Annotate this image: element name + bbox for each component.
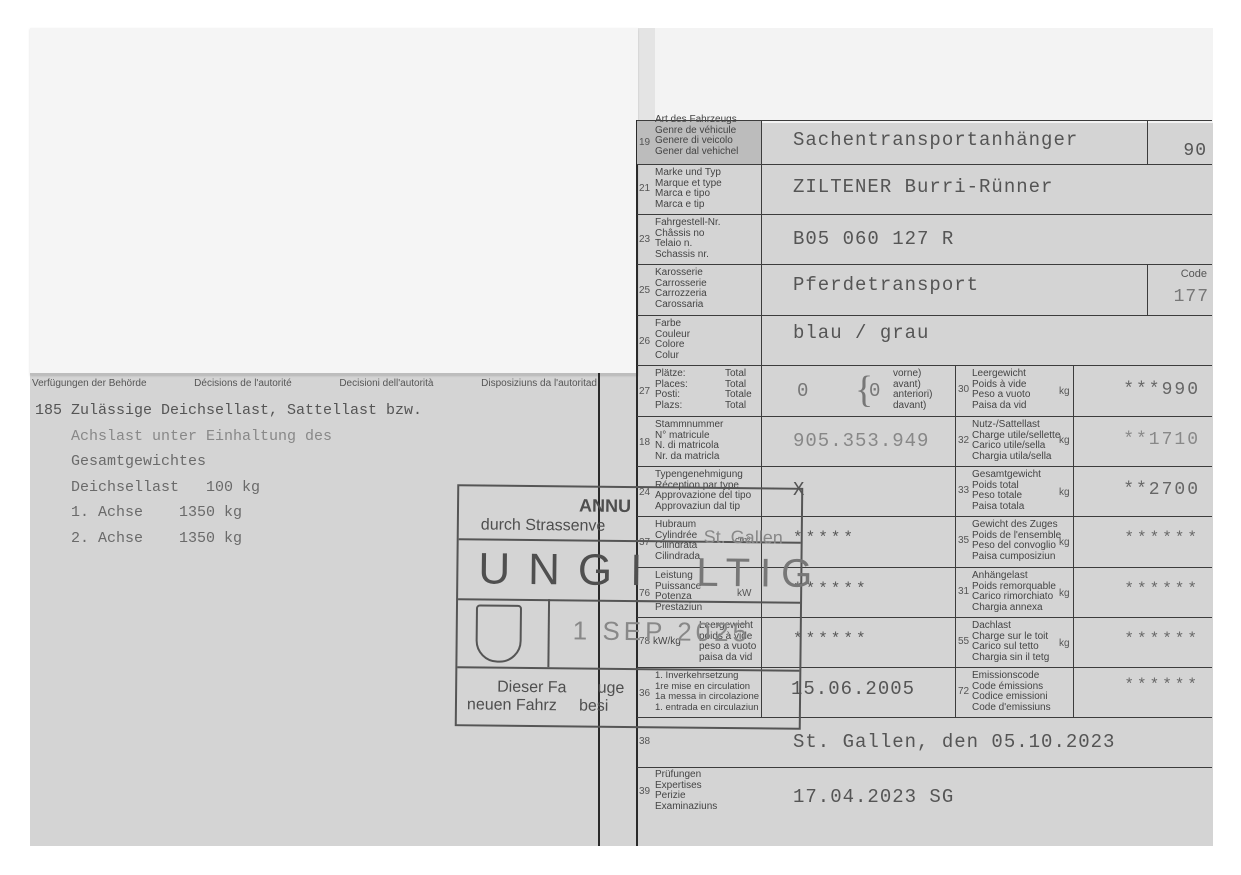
field-number: 78 (639, 636, 650, 647)
field-value: St. Gallen, den 05.10.2023 (793, 731, 1115, 753)
authority-header: Verfügungen der Behörde Décisions de l'a… (32, 378, 597, 389)
field-value: ****** (1124, 676, 1200, 694)
vehicle-type-code: 90 (1183, 141, 1207, 161)
authority-header-fr: Décisions de l'autorité (194, 378, 292, 389)
field-value: ****** (793, 630, 869, 648)
field-76-power-and-31-towing-load: 76 Leistung Puissance Potenza Prestaziun… (637, 568, 1212, 618)
divider (1073, 366, 1074, 416)
divider (955, 568, 956, 617)
field-37-displacement-and-35-train-weight: 37 Hubraum Cylindrée Cilindrata Cilindra… (637, 517, 1212, 568)
field-value: 17.04.2023 SG (793, 786, 954, 808)
field-label: Hubraum Cylindrée Cilindrata Cilindrada (655, 520, 700, 562)
field-number: 37 (639, 537, 650, 548)
field-21-make-model: 21 Marke und Typ Marque et type Marca e … (637, 164, 1212, 215)
unit: kg (1059, 638, 1070, 649)
field-number: 26 (639, 336, 650, 347)
field-value: Pferdetransport (793, 274, 979, 296)
authority-line: 1. Achse 1350 kg (35, 500, 422, 526)
field-78-power-weight-and-55-roof-load: 78 kW/kg Leergewicht poids à vide peso a… (637, 618, 1212, 668)
field-label: Nutz-/Sattellast Charge utile/sellette C… (972, 420, 1060, 462)
divider (955, 517, 956, 567)
unit: cm³ (735, 535, 750, 545)
front-label: vorne) avant) anteriori) davant) (893, 369, 932, 411)
field-label: Farbe Couleur Colore Colur (655, 319, 690, 361)
field-label: Gewicht des Zuges Poids de l'ensemble Pe… (972, 520, 1061, 562)
field-label: Gesamtgewicht Poids total Peso totale Pa… (972, 470, 1041, 512)
field-number: 72 (958, 686, 969, 697)
field-36-first-registration-and-72-emission-code: 36 1. Inverkehrsetzung 1re mise en circu… (637, 668, 1212, 718)
field-number: 25 (639, 285, 650, 296)
unit: kg (1059, 435, 1070, 446)
authority-line: Achslast unter Einhaltung des (35, 424, 422, 450)
field-value: ****** (1124, 529, 1200, 547)
divider (1073, 467, 1074, 516)
field-label: Leergewicht Poids à vide Peso a vuoto Pa… (972, 369, 1030, 411)
body-code: 177 (1174, 287, 1209, 307)
field-value: blau / grau (793, 322, 929, 344)
field-27-seats-and-30-empty-weight: 27 Plätze: Places: Posti: Plazs: Total T… (637, 366, 1212, 417)
field-label: Plätze: Places: Posti: Plazs: (655, 369, 688, 411)
divider (955, 618, 956, 667)
divider (1073, 517, 1074, 567)
authority-line: 2. Achse 1350 kg (35, 526, 422, 552)
field-number: 32 (958, 435, 969, 446)
authority-header-rm: Disposiziuns da l'autoritad (481, 378, 597, 389)
field-value: ZILTENER Burri-Rünner (793, 176, 1053, 198)
field-value: B05 060 127 R (793, 228, 954, 250)
divider (1073, 618, 1074, 667)
divider (955, 366, 956, 416)
unit: kg (1059, 588, 1070, 599)
field-label: Prüfungen Expertises Perizie Examinaziun… (655, 770, 717, 812)
divider (955, 668, 956, 717)
field-label: kW/kg (653, 636, 681, 647)
field-18-id-and-32-payload: 18 Stammnummer N° matricule N. di matric… (637, 417, 1212, 467)
field-23-chassis-number: 23 Fahrgestell-Nr. Châssis no Telaio n. … (637, 215, 1212, 265)
field-value: ****** (1124, 580, 1200, 598)
field-value: ****** (1124, 630, 1200, 648)
field-number: 76 (639, 588, 650, 599)
divider (1073, 417, 1074, 466)
field-number: 33 (958, 485, 969, 496)
divider (955, 467, 956, 516)
unit: kW (737, 588, 751, 599)
authority-header-de: Verfügungen der Behörde (32, 378, 147, 389)
field-number: 23 (639, 234, 650, 245)
field-38-place-and-date: 38 St. Gallen, den 05.10.2023 (637, 718, 1212, 768)
field-39-inspections: 39 Prüfungen Expertises Perizie Examinaz… (637, 768, 1212, 846)
field-number: 31 (958, 586, 969, 597)
field-label: Typengenehmigung Réception par type Appr… (655, 470, 751, 512)
unit: kg (1059, 386, 1070, 397)
field-label: 1. Inverkehrsetzung 1re mise en circulat… (655, 671, 759, 713)
field-label: Leistung Puissance Potenza Prestaziun (655, 571, 702, 613)
field-label: Art des Fahrzeugs Genre de véhicule Gene… (655, 115, 738, 157)
field-label-total: Total Total Totale Total (725, 369, 752, 411)
field-number: 24 (639, 487, 650, 498)
field-label: Dachlast Charge sur le toit Carico sul t… (972, 621, 1049, 663)
field-sublabel: Leergewicht poids à vide peso a vuoto pa… (699, 621, 756, 663)
field-value: X (793, 479, 805, 501)
field-number: 36 (639, 688, 650, 699)
field-number: 21 (639, 183, 650, 194)
field-26-color: 26 Farbe Couleur Colore Colur blau / gra… (637, 316, 1212, 366)
fold-line-left (598, 373, 600, 846)
field-24-type-approval-and-33-total-weight: 24 Typengenehmigung Réception par type A… (637, 467, 1212, 517)
field-label: Stammnummer N° matricule N. di matricola… (655, 420, 723, 462)
unit: kg (1059, 487, 1070, 498)
field-19-vehicle-type: 19 Art des Fahrzeugs Genre de véhicule G… (637, 120, 1212, 165)
field-value: 15.06.2005 (791, 678, 915, 700)
unit: kg (1059, 537, 1070, 548)
field-label: Emissionscode Code émissions Codice emis… (972, 671, 1051, 713)
field-25-body-type: 25 Karosserie Carrosserie Carrozzeria Ca… (637, 265, 1212, 316)
authority-line: Deichsellast 100 kg (35, 475, 422, 501)
authority-decisions-text: 185 Zulässige Deichsellast, Sattellast b… (35, 398, 422, 551)
field-value: 905.353.949 (793, 430, 929, 452)
field-number: 55 (958, 636, 969, 647)
field-label: Marke und Typ Marque et type Marca e tip… (655, 168, 722, 210)
code-cell: Code 177 (1147, 265, 1213, 315)
field-label: Fahrgestell-Nr. Châssis no Telaio n. Sch… (655, 218, 721, 260)
authority-header-it: Decisioni dell'autorità (339, 378, 433, 389)
field-value: **1710 (1123, 430, 1200, 450)
field-number: 35 (958, 535, 969, 546)
field-value: **2700 (1123, 480, 1200, 500)
covering-paper-sheet (30, 28, 638, 375)
field-number: 27 (639, 386, 650, 397)
field-number: 19 (639, 137, 650, 148)
field-label: Anhängelast Poids remorquable Carico rim… (972, 571, 1056, 613)
seats-front: 0 (869, 380, 881, 402)
seats-total: 0 (797, 380, 809, 402)
code-label: Code (1181, 268, 1207, 280)
field-number: 18 (639, 437, 650, 448)
code-cell: 90 (1147, 121, 1213, 164)
field-value: ***990 (1123, 380, 1200, 400)
authority-line: 185 Zulässige Deichsellast, Sattellast b… (35, 398, 422, 424)
field-value: ****** (793, 580, 869, 598)
field-number: 38 (639, 736, 650, 747)
authority-line: Gesamtgewichtes (35, 449, 422, 475)
field-label: Karosserie Carrosserie Carrozzeria Caros… (655, 268, 707, 310)
divider (955, 417, 956, 466)
field-value: Sachentransportanhänger (793, 129, 1078, 151)
divider (1073, 668, 1074, 717)
field-value: ***** (793, 529, 856, 547)
divider (1073, 568, 1074, 617)
field-number: 30 (958, 384, 969, 395)
field-number: 39 (639, 786, 650, 797)
